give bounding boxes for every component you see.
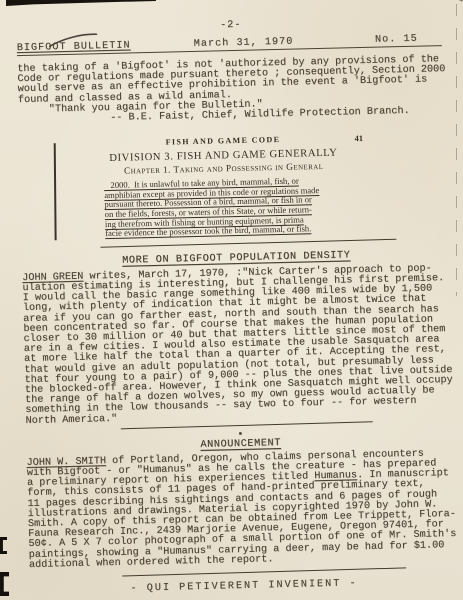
code-section-2000-text: 2000. It is unlawful to take any bird, m… [104, 176, 345, 239]
binding-mark-artifact [0, 537, 7, 554]
population-article-text: JOHN GREEN writes, March 17, 1970, :"Nic… [22, 264, 453, 427]
fish-and-game-code-clipping: FISH AND GAME CODE 41 DIVISION 3. FISH A… [58, 133, 390, 240]
lead-article-text: the taking of a 'Bigfoot' is not 'author… [17, 55, 446, 126]
footer-motto: - QUI PETIVERENT INVENIENT - [12, 576, 463, 598]
section-divider [100, 239, 396, 248]
clipping-edge-line [54, 143, 57, 240]
code-running-head: FISH AND GAME CODE [166, 135, 281, 147]
section-divider [122, 567, 406, 576]
binding-mark-artifact [0, 572, 9, 596]
paper-edge-line [456, 4, 457, 296]
bulletin-page: -2- BIGFOOT BULLETIN March 31, 1970 No. … [0, 0, 463, 597]
masthead-date: March 31, 1970 [194, 37, 294, 50]
ink-spot-artifact [239, 432, 242, 435]
bulletin-title: BIGFOOT BULLETIN [17, 40, 131, 54]
announcement-text: JOHN W. SMITH of Portland, Oregon, who c… [26, 449, 457, 571]
code-page-number: 41 [354, 133, 363, 143]
masthead-issue-number: No. 15 [375, 34, 418, 46]
population-article-body: writes, March 17, 1970, :"Nick Carter's … [22, 263, 452, 426]
